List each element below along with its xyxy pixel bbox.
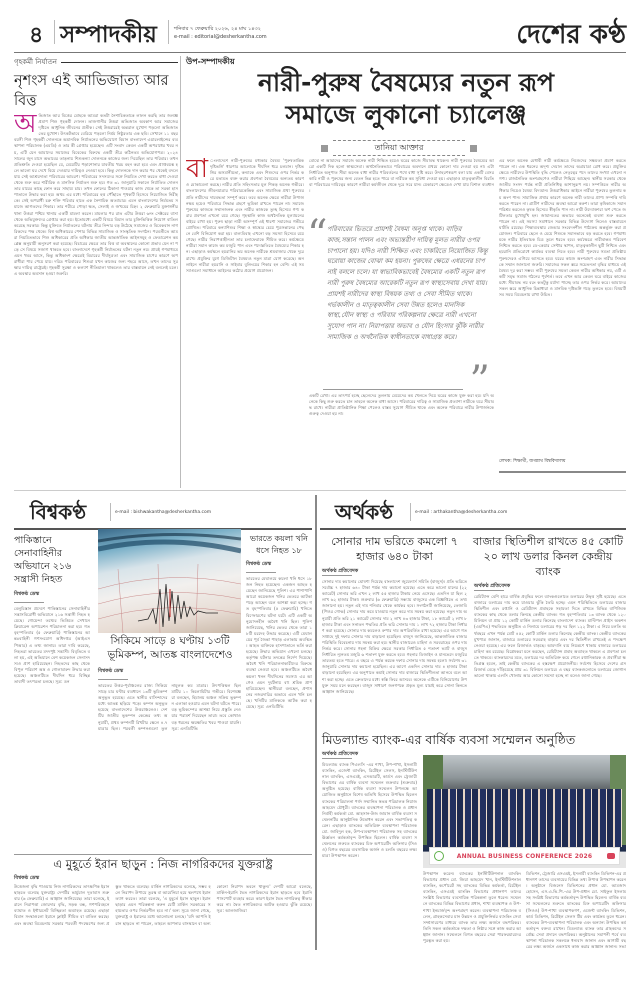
story-headline[interactable]: ভারতে কয়লা খনি ধসে নিহত ১৮: [246, 533, 312, 556]
pull-quote-rule: [323, 389, 463, 390]
iran-byline: বিশ্বকণ্ঠ ডেস্ক: [14, 875, 39, 883]
editorial-col2-bottom: একটি রেখা। এর তাৎপর্য হচ্ছে ছেলেদের তুলন…: [309, 393, 494, 488]
story-body: বেলুচিস্তান প্রদেশে পাকিস্তানের সেনাবাহি…: [14, 606, 90, 781]
arthakantha-logo: অর্থকণ্ঠ: [335, 498, 393, 531]
central-bank-body: রেমিট্যান্স বেশি হারে বার্ষিক প্রবৃদ্ধির…: [474, 594, 626, 719]
author-box-square-right: [470, 145, 477, 152]
conference-banner: ANNUAL BUSINESS CONFERENCE 2026: [429, 847, 620, 865]
section-separator: [14, 490, 626, 491]
artha-rule: [320, 528, 626, 530]
story-byline: বিশ্বকণ্ঠ ডেস্ক: [246, 561, 312, 569]
central-bank-headline[interactable]: বাজার স্থিতিশীল রাখতে ৪৫ কোটি ২০ লাখ ডলা…: [470, 534, 626, 579]
midland-body-col2: উপস্থাপন করেন। ব্যাংকের ইনস্টিটিউশনাল ব্…: [423, 871, 521, 948]
editorial-email[interactable]: e-mail : editorial@desherkantha.com: [174, 33, 267, 41]
banner-brand-mark-icon: [607, 853, 615, 859]
story-sikkim: বিশ্বকণ্ঠ ডেস্ক ভারতের উত্তর-পূর্বাঞ্চলে…: [98, 668, 241, 838]
author-name[interactable]: তানিয়া আক্তার: [375, 142, 424, 155]
author-box-square-left: [321, 145, 328, 152]
pull-quote-text: পরিবারের ভিতরে প্রায়শই বৈষম্য অনুপ্ত থা…: [309, 222, 494, 372]
conference-photo: ANNUAL BUSINESS CONFERENCE 2026: [423, 755, 626, 868]
section-title: সম্পাদকীয়: [60, 16, 157, 55]
left-editorial: গৃহকর্মী নির্যাতন নৃশংস এই আভিজাত্য আর ব…: [14, 56, 178, 533]
byline-rule: [322, 575, 352, 576]
byline-rule: [246, 572, 276, 573]
dropcap-ba: বা: [186, 158, 208, 180]
editorial-end-rule: [499, 471, 626, 473]
seismograph-image: [98, 529, 241, 633]
banner-text: ANNUAL BUSINESS CONFERENCE 2026: [457, 853, 592, 860]
author-credit: লেখক: শিক্ষার্থী, জগন্নাথ বিশ্ববিদ্যালয়: [499, 458, 566, 465]
editorial-col3: এর ফলে অনেক মেধাবী নারী কর্মক্ষেত্রে নিজ…: [499, 158, 626, 455]
byline-rule: [474, 590, 504, 591]
story-coal-mine: ভারতে কয়লা খনি ধসে নিহত ১৮ বিশ্বকণ্ঠ ডে…: [246, 533, 312, 866]
bishwakantha-logo: বিশ্বকণ্ঠ: [30, 498, 86, 531]
byline-rule: [98, 679, 128, 680]
gold-headline[interactable]: সোনার দাম ভরিতে কমলো ৭ হাজার ৬৪০ টাকা: [322, 534, 467, 564]
sikkim-headline[interactable]: সিকিমে সাড়ে ৪ ঘণ্টায় ১৩টি ভূমিকম্প, আত…: [96, 634, 244, 662]
gold-body: সোনার দাম কমানোর ঘোষণা দিয়েছে বাংলাদেশ …: [322, 579, 467, 719]
kicker-rule: [61, 62, 178, 63]
left-kicker: গৃহকর্মী নির্যাতন: [14, 56, 57, 68]
date-line: শনিবার ৭ ফেব্রুয়ারি ২০২৬, ২৪ মাঘ ১৪৩২: [174, 25, 261, 33]
bishwakantha-email[interactable]: e-mail : bishwakantha@desherkantha.com: [115, 510, 211, 515]
story-byline: বিশ্বকণ্ঠ ডেস্ক: [14, 591, 90, 599]
photo-group-people: [427, 789, 622, 847]
story-headline[interactable]: পাকিস্তানে সেনাবাহিনীর অভিযানে ২১৬ সন্ত্…: [14, 534, 90, 586]
iran-body: উত্তেজনা বৃদ্ধি পাওয়ায় নিজ নাগরিকদের ত…: [14, 884, 312, 946]
editorial-col1: বা ংলাদেশে নারী-পুরুষের মধ্যকার বৈষম্য '…: [186, 158, 304, 488]
iran-story-rule: [14, 854, 312, 855]
main-headline-line1: নারী-পুরুষ বৈষম্যের নতুন রূপ: [186, 66, 626, 99]
midland-body-col1: মিডল্যান্ড ব্যাংক পিএলসি -এর শাখা, উপ-শা…: [322, 762, 417, 948]
author-box: তানিয়া আক্তার: [333, 140, 465, 156]
bishwa-divider: [110, 503, 111, 521]
story-pakistan: পাকিস্তানে সেনাবাহিনীর অভিযানে ২১৬ সন্ত্…: [14, 534, 90, 781]
byline-rule: [322, 758, 352, 759]
midland-body-col3: ডিভিশন, ট্রেজারি এসএমই, ইসলামী ব্যাংকিং …: [526, 871, 626, 948]
artha-divider: [410, 503, 411, 521]
page-number: ৪: [29, 18, 43, 55]
main-headline-line2: সমাজে লুকানো চ্যালেঞ্জ: [186, 98, 626, 131]
banner-logo-icon: [434, 851, 444, 861]
left-headline: নৃশংস এই আভিজাত্য আর বিত্ত: [14, 71, 178, 111]
masthead-divider: [54, 20, 55, 44]
story-byline: বিশ্বকণ্ঠ ডেস্ক: [98, 668, 241, 676]
column-divider: [180, 56, 181, 488]
story-body: ভারতের উত্তর-পূর্বাঞ্চলের রাজ্য সিকিমে স…: [98, 683, 241, 838]
editorial-col2-top: বোঝে না আমাদের সমাজে অনেক নারী শিক্ষিত হ…: [309, 158, 494, 216]
open-quote-icon: “: [307, 212, 327, 258]
section-divider-vertical: [315, 495, 317, 950]
masthead-divider-2: [168, 20, 169, 44]
masthead-rule: [14, 52, 626, 53]
left-body-text: ভিজাত আর বিত্তের মোহকে আমরা কতটা নৈশাচিক…: [14, 113, 178, 276]
dropcap: অ: [14, 113, 37, 135]
arthakantha-email[interactable]: e-mail : arthakantha@desherkantha.com: [415, 510, 507, 515]
pull-quote: “ পরিবারের ভিতরে প্রায়শই বৈষম্য অনুপ্ত …: [309, 222, 494, 390]
iran-headline[interactable]: এ মুহূর্তে ইরান ছাড়ুন : নিজ নাগরিকদের য…: [14, 856, 312, 872]
left-body: অ ভিজাত আর বিত্তের মোহকে আমরা কতটা নৈশাচ…: [14, 113, 178, 533]
byline-rule: [14, 602, 44, 603]
story-body: ভারতের মেঘালয়ে কয়লা খনি ধসে ১৮ জন নিহত…: [246, 576, 312, 866]
midland-headline[interactable]: মিডল্যান্ড ব্যাংক-এর বার্ষিক ব্যবসা সম্ম…: [322, 731, 626, 748]
